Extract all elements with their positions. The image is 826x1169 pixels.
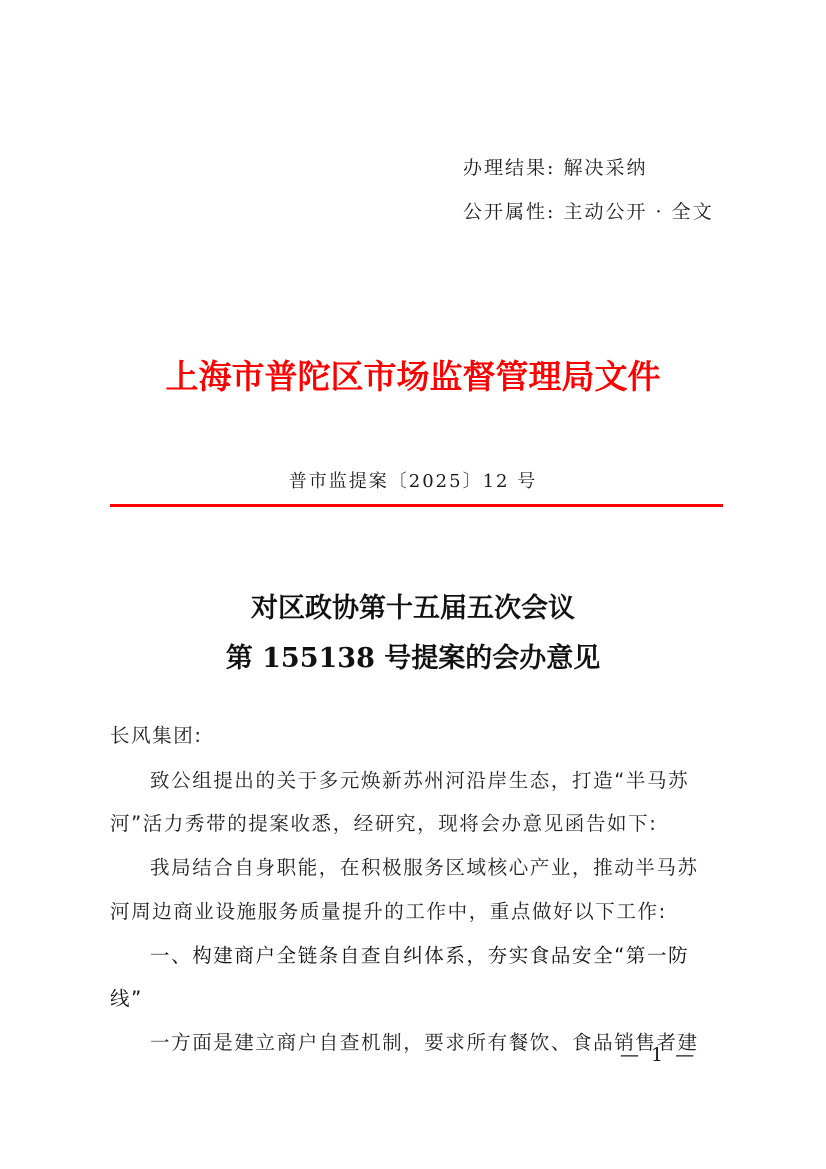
red-divider	[110, 504, 723, 507]
document-title-line-1: 对区政协第十五届五次会议	[0, 586, 826, 625]
body-paragraph-1-line-1: 致公组提出的关于多元焕新苏州河沿岸生态，打造“半马苏	[150, 765, 765, 793]
body-paragraph-2-line-1: 我局结合自身职能，在积极服务区域核心产业，推动半马苏	[150, 852, 765, 880]
disclosure-value: 主动公开 · 全文	[563, 201, 713, 223]
body-paragraph-2-line-2: 河周边商业设施服务质量提升的工作中，重点做好以下工作:	[110, 896, 725, 924]
disclosure-label: 公开属性:	[463, 201, 555, 223]
document-number: 普市监提案〔2025〕12 号	[0, 467, 826, 493]
section-1-heading-line-2: 线”	[110, 983, 725, 1011]
body-paragraph-1-line-2: 河”活力秀带的提案收悉，经研究，现将会办意见函告如下:	[110, 808, 725, 836]
section-1-heading-line-1: 一、构建商户全链条自查自纠体系，夯实食品安全“第一防	[150, 940, 765, 968]
handling-result-label: 办理结果:	[463, 157, 555, 179]
disclosure-attribute: 公开属性: 主动公开 · 全文	[463, 197, 714, 224]
salutation: 长风集团:	[110, 720, 725, 748]
document-title-line-2: 第 155138 号提案的会办意见	[0, 636, 826, 675]
issuer-header: 上海市普陀区市场监督管理局文件	[0, 351, 826, 398]
page-number: — 1 —	[620, 1044, 697, 1066]
handling-result-value: 解决采纳	[563, 157, 647, 179]
handling-result: 办理结果: 解决采纳	[463, 153, 647, 180]
